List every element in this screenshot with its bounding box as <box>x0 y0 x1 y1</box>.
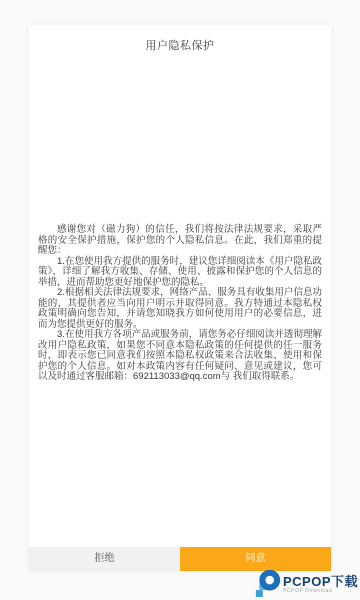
privacy-dialog: 用户隐私保护 感谢您对（磁力狗）的信任，我们将按法律法规要求，采取严格的安全保护… <box>29 25 331 571</box>
watermark-brand-text: PCPOP下载 <box>283 575 358 588</box>
dialog-title: 用户隐私保护 <box>29 25 331 53</box>
privacy-paragraph: 3.在使用我方各项产品或服务前，请您务必仔细阅读并透彻理解改用户隐私政策，如果您… <box>38 330 322 383</box>
dialog-actions: 拒绝 同意 <box>29 547 331 571</box>
privacy-screen: 用户隐私保护 感谢您对（磁力狗）的信任，我们将按法律法规要求，采取严格的安全保护… <box>0 0 360 600</box>
watermark-sub-text: PCPOP Download <box>283 589 358 594</box>
pcpop-watermark: PCPOP下载 PCPOP Download <box>255 570 358 598</box>
privacy-paragraph: 感谢您对（磁力狗）的信任，我们将按法律法规要求，采取严格的安全保护措施，保护您的… <box>38 225 322 257</box>
dialog-body: 感谢您对（磁力狗）的信任，我们将按法律法规要求，采取严格的安全保护措施，保护您的… <box>38 225 322 383</box>
pcpop-logo-icon <box>255 570 281 598</box>
reject-button[interactable]: 拒绝 <box>29 547 180 571</box>
privacy-paragraph: 1.在您使用我方提供的服务时，建议您详细阅读本《用户隐私政策》，详细了解我方收集… <box>38 257 322 289</box>
privacy-paragraph: 2.根据相关法律法规要求，网络产品、服务具有收集用户信息功能的，其提供者应当向用… <box>38 288 322 330</box>
agree-button[interactable]: 同意 <box>180 547 331 571</box>
